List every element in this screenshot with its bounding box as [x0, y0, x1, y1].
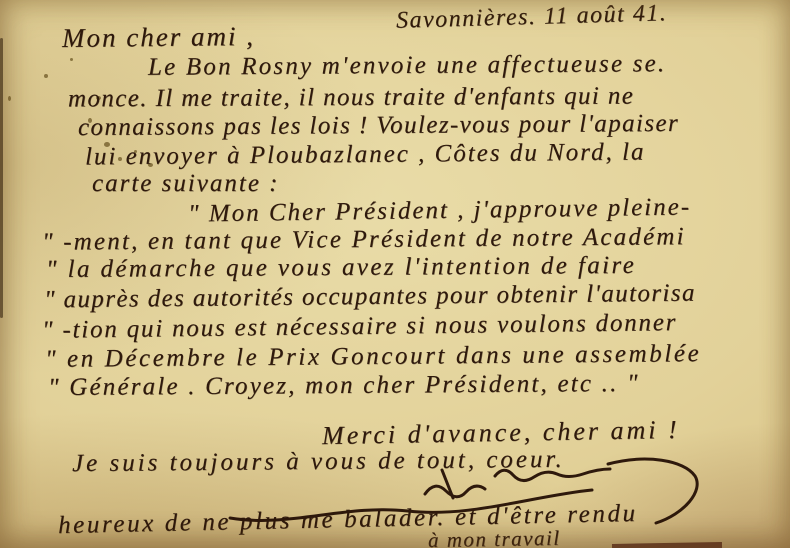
salutation: Mon cher ami ,: [62, 21, 255, 54]
body-line: monce. Il me traite, il nous traite d'en…: [68, 83, 634, 114]
stain-speckle: [8, 96, 11, 101]
quoted-card-line: " la démarche que vous avez l'intention …: [46, 252, 636, 284]
body-line: lui envoyer à Ploubazlanec , Côtes du No…: [85, 139, 646, 172]
dateline: Savonnières. 11 août 41.: [396, 0, 668, 35]
quoted-card-line: " en Décembre le Prix Goncourt dans une …: [45, 340, 702, 374]
body-line: Le Bon Rosny m'envoie une affectueuse se…: [148, 50, 667, 82]
stain-speckle: [70, 58, 73, 61]
postscript-line: à mon travail: [428, 526, 561, 548]
quoted-card-line: " Générale . Croyez, mon cher Président,…: [48, 370, 640, 402]
body-line: carte suivante :: [92, 170, 280, 198]
handwritten-letter-photo: Savonnières. 11 août 41. Mon cher ami , …: [0, 0, 790, 548]
photo-edge-left: [0, 38, 3, 318]
stain-speckle: [44, 74, 48, 78]
quoted-card-line: " -tion qui nous est nécessaire si nous …: [42, 309, 677, 345]
closing-line: Je suis toujours à vous de tout, coeur.: [72, 446, 565, 478]
photo-edge-bottom: [612, 542, 722, 548]
body-line: connaissons pas les lois ! Voulez-vous p…: [78, 110, 679, 142]
